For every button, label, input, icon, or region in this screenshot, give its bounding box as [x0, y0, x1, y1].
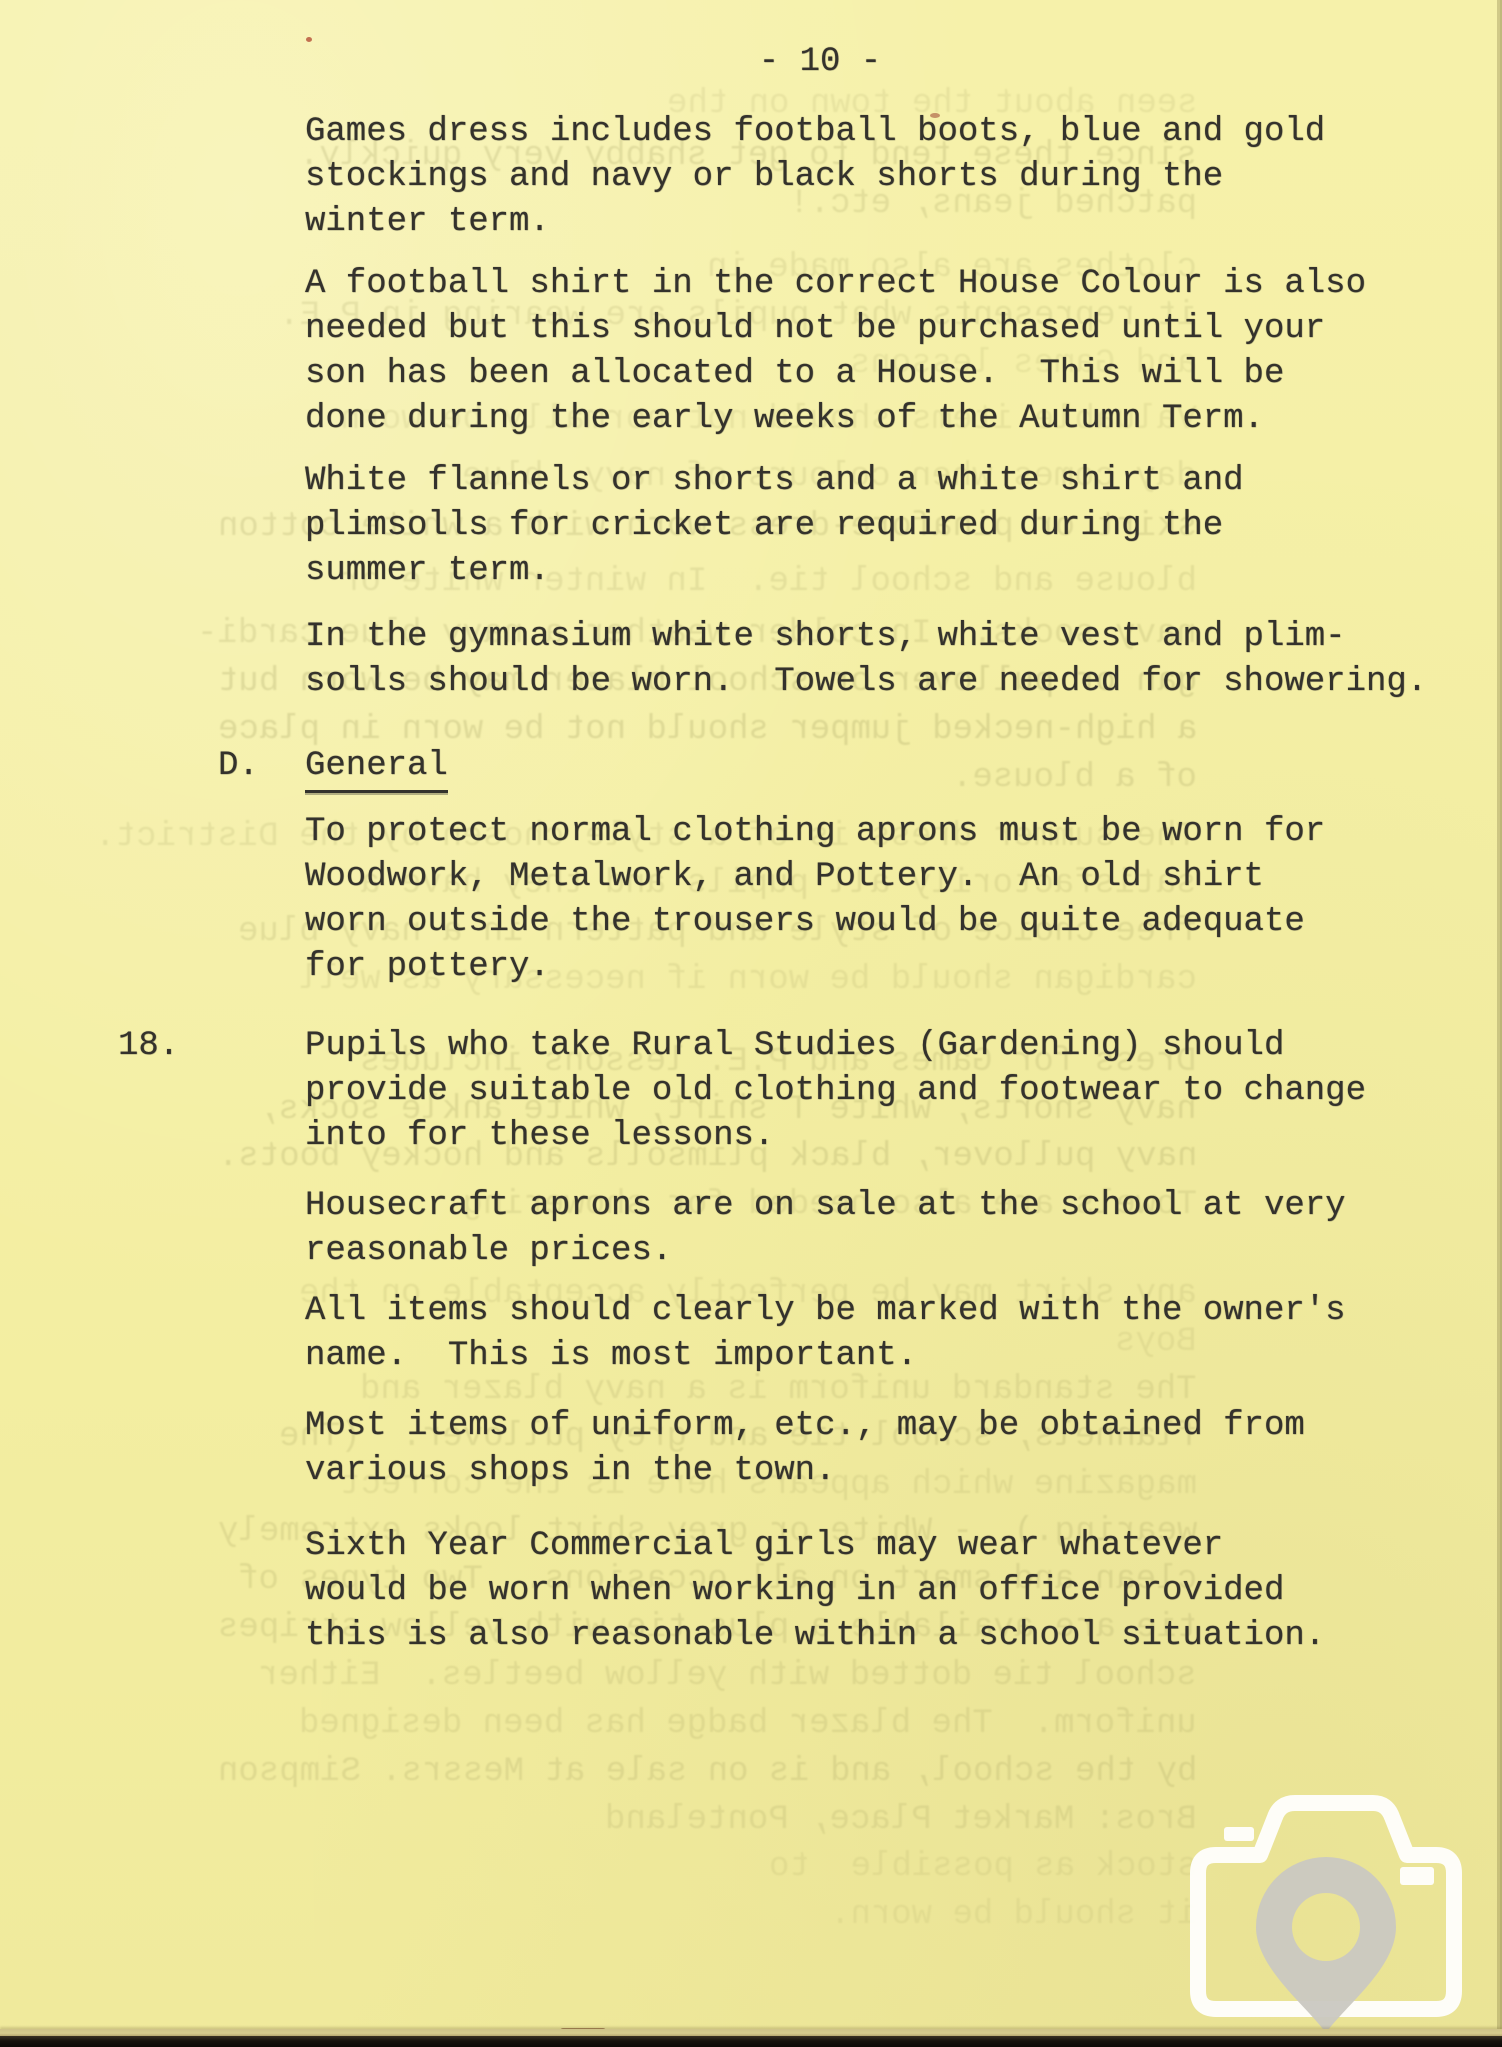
- ghost-text-line: it should be worn.: [830, 1893, 1197, 1938]
- paragraph-aprons: To protect normal clothing aprons must b…: [305, 810, 1325, 990]
- camera-flash-detail: [1224, 1827, 1254, 1841]
- scan-background-strip: [0, 2036, 1502, 2047]
- ghost-text-line: Bros: Market Place, Ponteland: [605, 1798, 1197, 1843]
- camera-location-watermark-icon: [1180, 1793, 1490, 2045]
- ghost-text-line: school tie dotted with yellow beetles. E…: [258, 1654, 1197, 1699]
- section-letter: D.: [218, 744, 259, 789]
- paragraph-football-shirt: A football shirt in the correct House Co…: [305, 262, 1366, 442]
- paragraph-shops: Most items of uniform, etc., may be obta…: [305, 1404, 1305, 1494]
- ghost-text-line: stock as possible to: [769, 1845, 1197, 1890]
- section-heading: General: [305, 744, 448, 793]
- paragraph-marking: All items should clearly be marked with …: [305, 1289, 1346, 1379]
- item-number-18: 18.: [118, 1024, 179, 1069]
- paragraph-rural-studies: Pupils who take Rural Studies (Gardening…: [305, 1024, 1366, 1159]
- page-bottom-edge: [0, 2029, 1502, 2036]
- ink-speck: [930, 113, 940, 118]
- paragraph-white-flannels: White flannels or shorts and a white shi…: [305, 459, 1244, 594]
- paragraph-games-dress: Games dress includes football boots, blu…: [305, 110, 1325, 245]
- ghost-text-line: of a blouse.: [952, 756, 1197, 801]
- paragraph-housecraft: Housecraft aprons are on sale at the sch…: [305, 1184, 1346, 1274]
- page-number: - 10 -: [740, 40, 900, 85]
- camera-viewfinder-detail: [1400, 1867, 1434, 1885]
- document-page: seen about the town on thesince these te…: [0, 0, 1502, 2047]
- section-heading-label: General: [305, 744, 448, 793]
- paragraph-sixth-year: Sixth Year Commercial girls may wear wha…: [305, 1524, 1325, 1659]
- paragraph-gymnasium: In the gymnasium white shorts, white ves…: [305, 615, 1427, 705]
- ghost-text-line: by the school, and is on sale at Messrs.…: [218, 1750, 1197, 1795]
- ghost-text-line: uniform. The blazer badge has been desig…: [299, 1702, 1197, 1747]
- ink-speck: [306, 37, 312, 42]
